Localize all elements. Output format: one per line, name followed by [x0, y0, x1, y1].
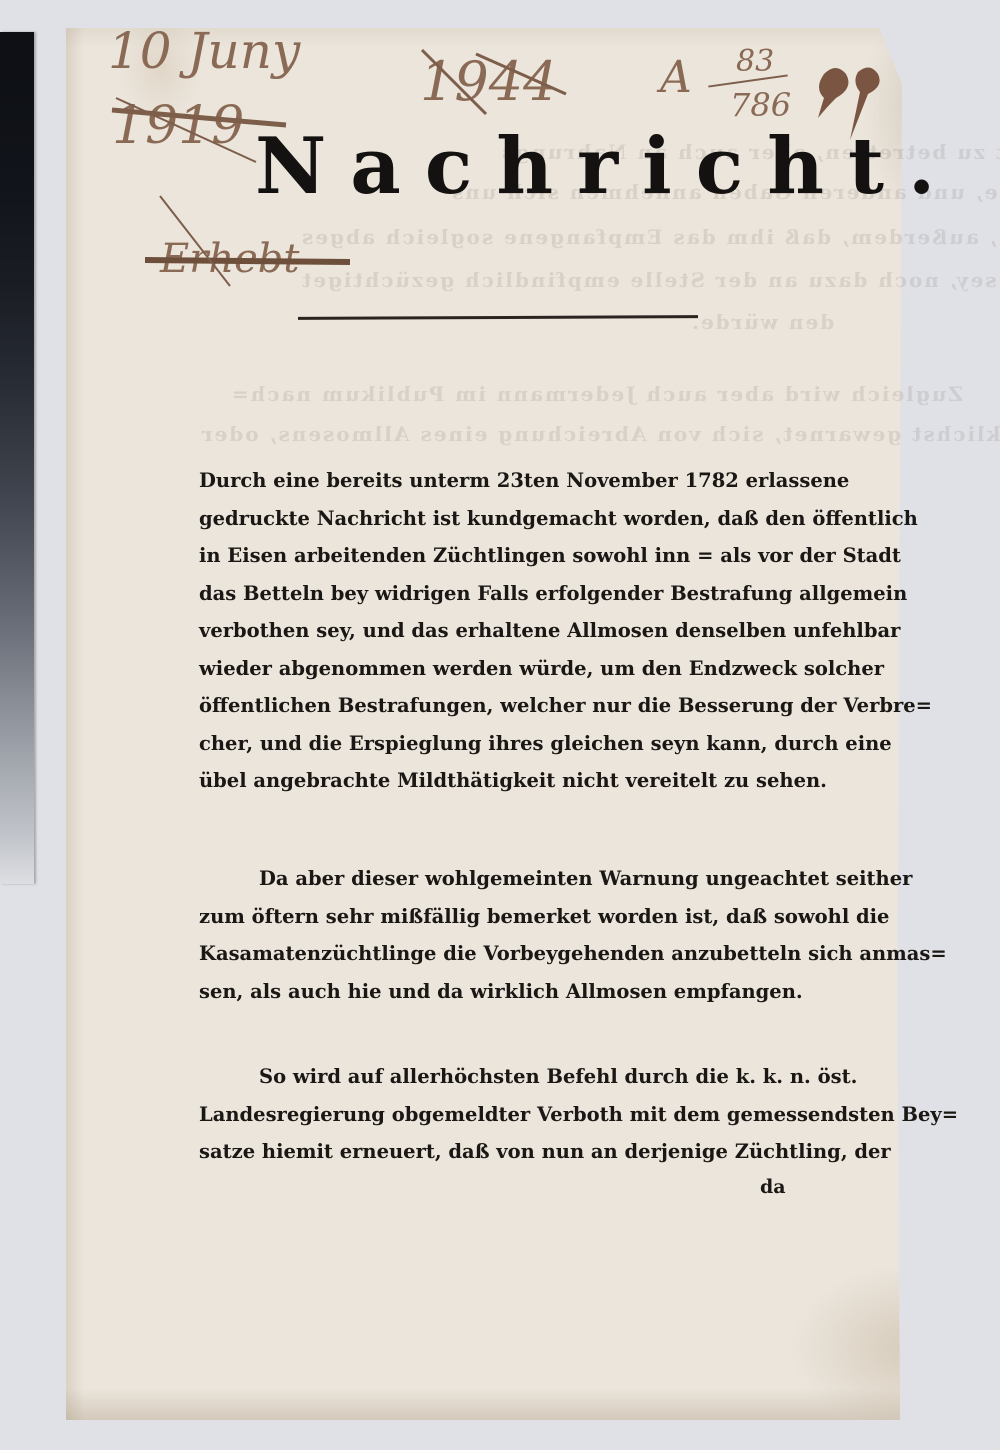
- paragraph-3: So wird auf allerhöchsten Befehl durch d…: [199, 1058, 799, 1171]
- bleed-line: drücklichst gewarnet, sich von Abreichun…: [200, 422, 1000, 446]
- text-line: satze hiemit erneuert, daß von nun an de…: [199, 1133, 799, 1171]
- text-line: verbothen sey, und das erhaltene Allmose…: [199, 612, 799, 650]
- text-line: wieder abgenommen werden würde, um den E…: [199, 650, 799, 688]
- handwritten-date: 10 Juny: [108, 22, 300, 80]
- bleed-line: den würde.: [690, 310, 834, 334]
- text-line: So wird auf allerhöchsten Befehl durch d…: [199, 1058, 799, 1096]
- text-line: Kasamatenzüchtlinge die Vorbeygehenden a…: [199, 935, 799, 973]
- bleed-line: Zugleich wird aber auch Jedermann im Pub…: [230, 382, 963, 406]
- handwritten-struck-number-left: 1919: [112, 96, 244, 156]
- color-calibration-strip: [0, 32, 34, 884]
- archive-fraction-denominator: 786: [730, 86, 791, 124]
- text-line: sen, als auch hie und da wirklich Allmos…: [199, 973, 799, 1011]
- cross-out-mark: [416, 44, 586, 124]
- archive-fraction-numerator: 83: [736, 44, 774, 79]
- text-line: Landesregierung obgemeldter Verboth mit …: [199, 1096, 799, 1134]
- text-line: cher, und die Erspieglung ihres gleichen…: [199, 725, 799, 763]
- text-line: in Eisen arbeitenden Züchtlingen sowohl …: [199, 537, 799, 575]
- handwritten-struck-word: Erhebt: [160, 236, 299, 282]
- text-line: das Betteln bey widrigen Falls erfolgend…: [199, 575, 799, 613]
- archive-signature-letter: A: [660, 52, 692, 103]
- text-line: zum öftern sehr mißfällig bemerket worde…: [199, 898, 799, 936]
- text-line: Da aber dieser wohlgemeinten Warnung ung…: [199, 860, 799, 898]
- text-line: Durch eine bereits unterm 23ten November…: [199, 462, 799, 500]
- bleed-line: terfienge, außerdem, daß ihm das Empfang…: [300, 225, 1000, 249]
- text-line: öffentlichen Bestrafungen, welcher nur d…: [199, 687, 799, 725]
- bleed-line: nehmen sey, noch dazu an der Stelle empf…: [300, 268, 1000, 292]
- text-line: gedruckte Nachricht ist kundgemacht word…: [199, 500, 799, 538]
- paragraph-1: Durch eine bereits unterm 23ten November…: [199, 462, 799, 800]
- catchword: da: [760, 1176, 786, 1198]
- page-title: Nachricht.: [255, 128, 735, 206]
- text-line: übel angebrachte Mildthätigkeit nicht ve…: [199, 762, 799, 800]
- paragraph-2: Da aber dieser wohlgemeinten Warnung ung…: [199, 860, 799, 1010]
- handwritten-struck-number-center: 1944: [420, 50, 557, 113]
